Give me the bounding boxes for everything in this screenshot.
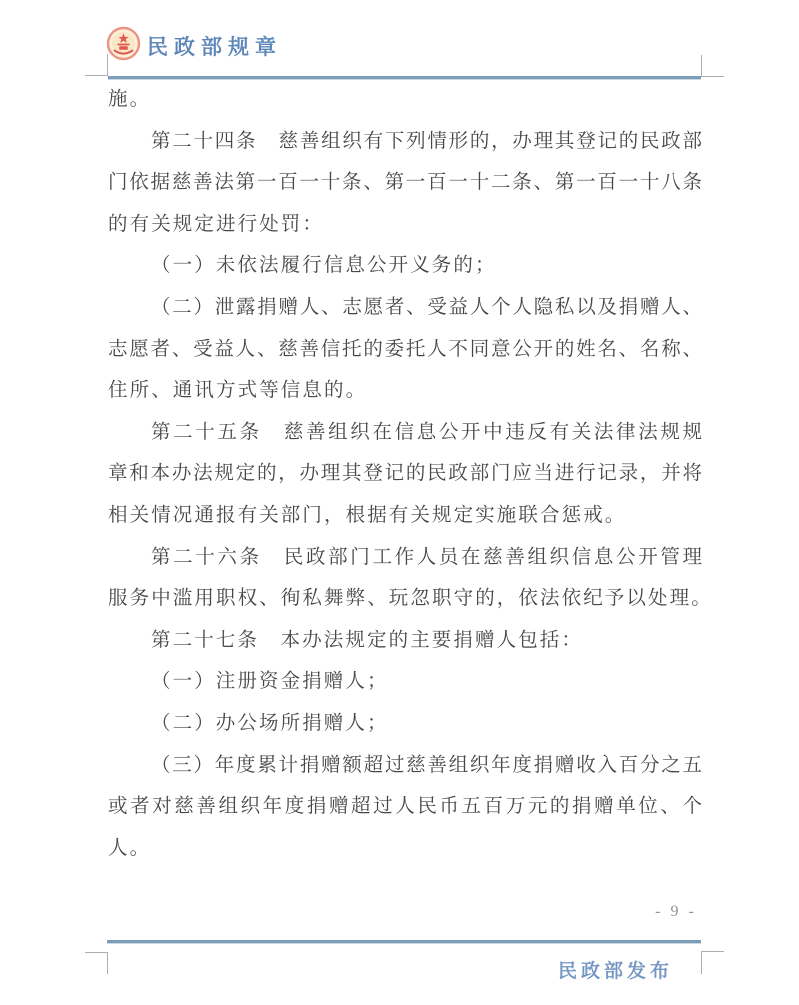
text-line: 的有关规定进行处罚： (108, 204, 702, 246)
text-line: （一）注册资金捐赠人； (108, 661, 702, 703)
footer-rule (107, 940, 701, 944)
crop-mark-top-left (85, 75, 108, 76)
text-line: 施。 (108, 79, 702, 121)
crop-mark-bottom-left (85, 952, 108, 953)
text-line: 第二十七条 本办法规定的主要捐赠人包括： (108, 620, 702, 662)
text-line: 门依据慈善法第一百一十条、第一百一十二条、第一百一十八条 (108, 162, 702, 204)
crop-mark-top-right (701, 76, 724, 77)
footer-publisher: 民政部发布 (558, 956, 673, 983)
page-number: - 9 - (636, 903, 716, 921)
crop-mark-bottom-right (701, 951, 702, 974)
document-page: 民政部规章 施。 第二十四条 慈善组织有下列情形的，办理其登记的民政部 门依据慈… (0, 0, 799, 1005)
text-line: 人。 (108, 828, 702, 870)
text-line: （三）年度累计捐赠额超过慈善组织年度捐赠收入百分之五 (108, 745, 702, 787)
header-title: 民政部规章 (147, 31, 282, 61)
text-line: 第二十四条 慈善组织有下列情形的，办理其登记的民政部 (108, 121, 702, 163)
text-line: 或者对慈善组织年度捐赠超过人民币五百万元的捐赠单位、个 (108, 786, 702, 828)
crop-mark-top-right (701, 55, 702, 77)
text-line: 章和本办法规定的，办理其登记的民政部门应当进行记录，并将 (108, 453, 702, 495)
text-line: 第二十六条 民政部门工作人员在慈善组织信息公开管理 (108, 537, 702, 579)
text-line: 志愿者、受益人、慈善信托的委托人不同意公开的姓名、名称、 (108, 329, 702, 371)
text-line: （二）泄露捐赠人、志愿者、受益人个人隐私以及捐赠人、 (108, 287, 702, 329)
text-line: 第二十五条 慈善组织在信息公开中违反有关法律法规规 (108, 412, 702, 454)
text-line: （一）未依法履行信息公开义务的； (108, 245, 702, 287)
text-line: 住所、通讯方式等信息的。 (108, 370, 702, 412)
crop-mark-bottom-right (701, 951, 724, 952)
text-line: （二）办公场所捐赠人； (108, 703, 702, 745)
text-line: 相关情况通报有关部门，根据有关规定实施联合惩戒。 (108, 495, 702, 537)
text-line: 服务中滥用职权、徇私舞弊、玩忽职守的，依法依纪予以处理。 (108, 578, 702, 620)
document-body: 施。 第二十四条 慈善组织有下列情形的，办理其登记的民政部 门依据慈善法第一百一… (108, 79, 702, 869)
crop-mark-bottom-left (107, 952, 108, 974)
national-emblem-icon (106, 26, 141, 62)
